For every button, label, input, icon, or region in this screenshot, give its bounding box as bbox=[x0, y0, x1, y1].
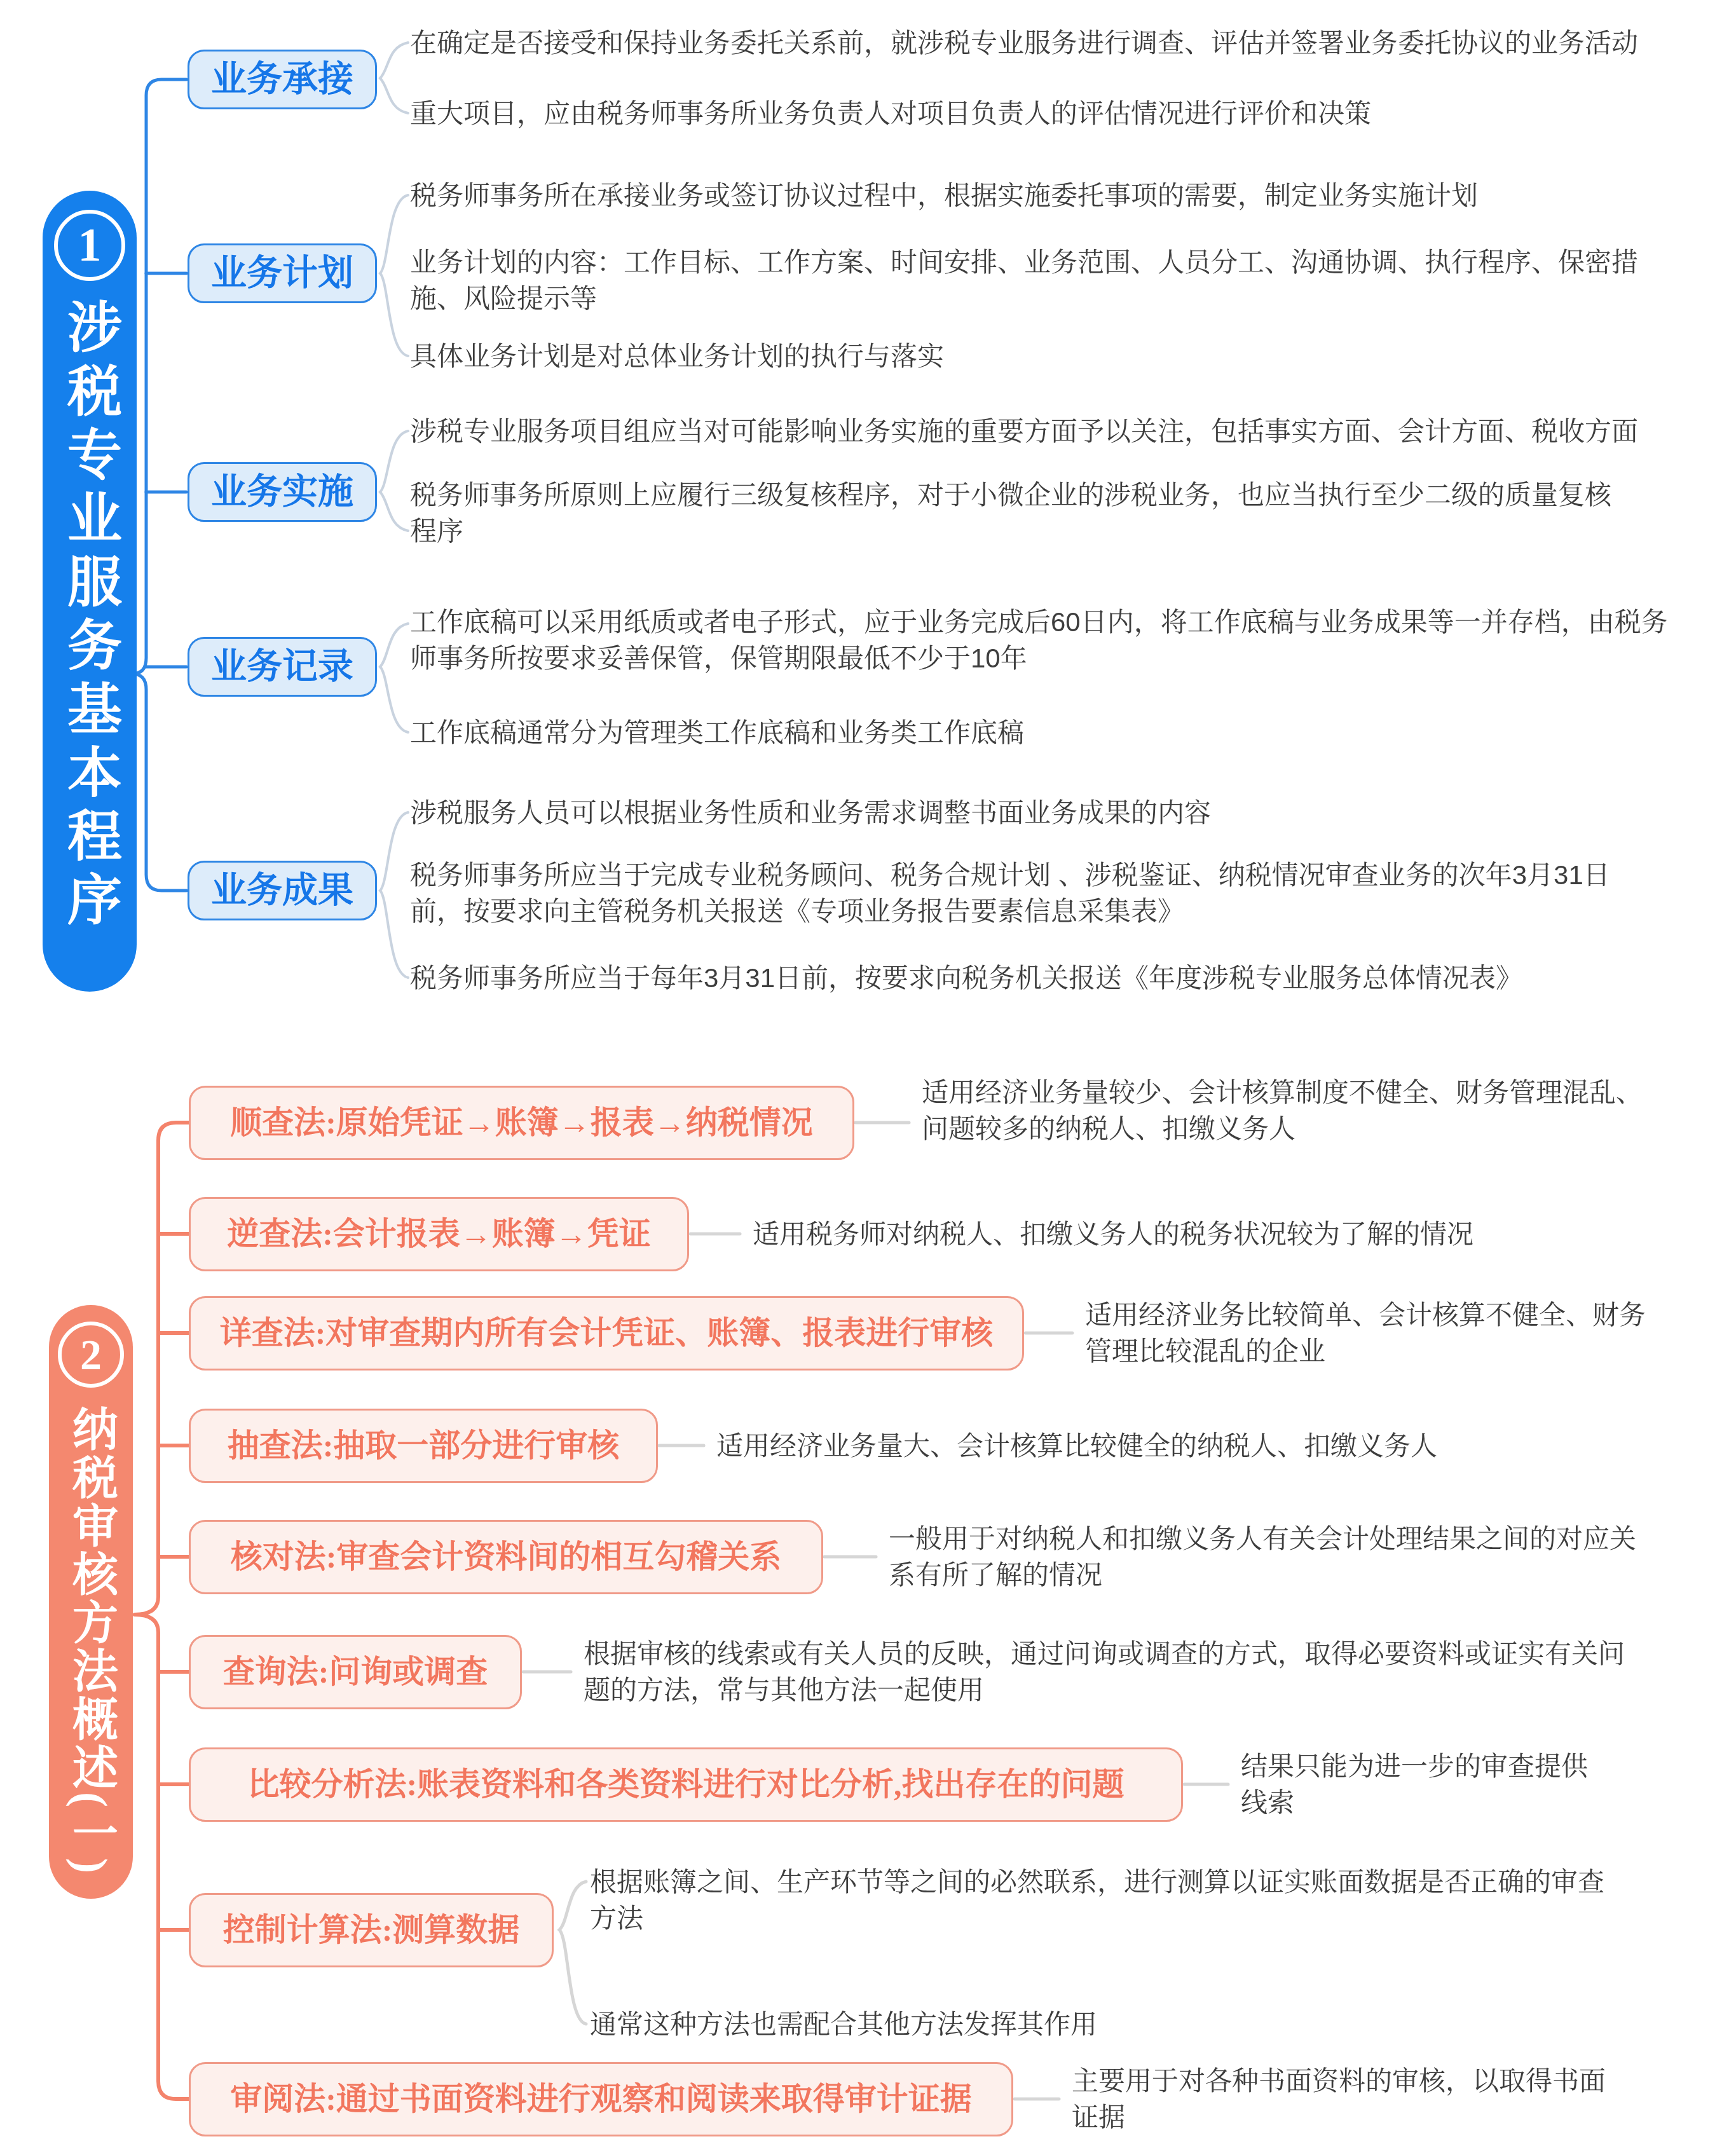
s1-branch-4-note-1: 税务师事务所应当于完成专业税务顾问、税务合规计划 、涉税鉴证、纳税情况审查业务的… bbox=[410, 857, 1637, 929]
s2-row-4-node[interactable]: 核对法:审查会计资料间的相互勾稽关系 bbox=[189, 1520, 823, 1594]
s1-branch-0-note-1: 重大项目，应由税务师事务所业务负责人对项目负责人的评估情况进行评价和决策 bbox=[410, 95, 1656, 132]
s2-row-6-node[interactable]: 比较分析法:账表资料和各类资料进行对比分析,找出存在的问题 bbox=[189, 1747, 1183, 1822]
mindmap-canvas: 1 涉税专业服务基本程序 业务承接 业务计划 业务实施 业务记录 业务成果 在确… bbox=[0, 0, 1736, 2153]
s2-row-3-node[interactable]: 抽查法:抽取一部分进行审核 bbox=[189, 1409, 658, 1483]
s2-row-8-node[interactable]: 审阅法:通过书面资料进行观察和阅读来取得审计证据 bbox=[189, 2062, 1013, 2136]
s1-branch-1-note-2: 具体业务计划是对总体业务计划的执行与落实 bbox=[410, 338, 1656, 374]
s2-row-8-note-0: 主要用于对各种书面资料的审核，以取得书面证据 bbox=[1072, 2063, 1618, 2135]
topic-1-number: 1 bbox=[78, 219, 102, 273]
s2-row-4-note-0: 一般用于对纳税人和扣缴义务人有关会计处理结果之间的对应关系有所了解的情况 bbox=[889, 1521, 1645, 1593]
s2-row-5-note-0: 根据审核的线索或有关人员的反映，通过问询或调查的方式，取得必要资料或证实有关问题… bbox=[584, 1636, 1639, 1708]
s1-branch-2-note-1: 税务师事务所原则上应履行三级复核程序，对于小微企业的涉税业务，也应当执行至少二级… bbox=[410, 477, 1618, 549]
s1-branch-1-note-1: 业务计划的内容：工作目标、工作方案、时间安排、业务范围、人员分工、沟通协调、执行… bbox=[410, 244, 1650, 317]
topic-1-number-badge: 1 bbox=[54, 210, 125, 281]
topic-1-title: 涉税专业服务基本程序 bbox=[62, 299, 117, 934]
s1-branch-3-note-1: 工作底稿通常分为管理类工作底稿和业务类工作底稿 bbox=[410, 714, 1656, 751]
s1-branch-2-node[interactable]: 业务实施 bbox=[188, 462, 377, 522]
s2-row-3-note-0: 适用经济业务量大、会计核算比较健全的纳税人、扣缴义务人 bbox=[716, 1428, 1606, 1464]
s1-branch-3-note-0: 工作底稿可以采用纸质或者电子形式，应于业务完成后60日内，将工作底稿与业务成果等… bbox=[410, 604, 1675, 676]
s2-row-7-node[interactable]: 控制计算法:测算数据 bbox=[189, 1893, 554, 1967]
s2-row-2-note-0: 适用经济业务比较简单、会计核算不健全、财务管理比较混乱的企业 bbox=[1085, 1297, 1664, 1369]
topic-2-number-badge: 2 bbox=[58, 1322, 124, 1388]
topic-1-pill[interactable]: 1 涉税专业服务基本程序 bbox=[43, 191, 137, 992]
s1-branch-3-node[interactable]: 业务记录 bbox=[188, 637, 377, 697]
s2-row-0-node[interactable]: 顺查法:原始凭证→账簿→报表→纳税情况 bbox=[189, 1086, 854, 1160]
s2-row-7-note-0: 根据账簿之间、生产环节等之间的必然联系，进行测算以证实账面数据是否正确的审查方法 bbox=[590, 1864, 1620, 1936]
s1-branch-4-note-0: 涉税服务人员可以根据业务性质和业务需求调整书面业务成果的内容 bbox=[410, 795, 1656, 831]
s1-branch-0-note-0: 在确定是否接受和保持业务委托关系前，就涉税专业服务进行调查、评估并签署业务委托协… bbox=[410, 25, 1656, 61]
s2-row-7-note-1: 通常这种方法也需配合其他方法发挥其作用 bbox=[590, 2006, 1480, 2042]
s1-branch-2-note-0: 涉税专业服务项目组应当对可能影响业务实施的重要方面予以关注，包括事实方面、会计方… bbox=[410, 413, 1656, 449]
s2-row-0-note-0: 适用经济业务量较少、会计核算制度不健全、财务管理混乱、问题较多的纳税人、扣缴义务… bbox=[922, 1074, 1659, 1147]
topic-2-number: 2 bbox=[80, 1330, 102, 1380]
s2-row-2-node[interactable]: 详查法:对审查期内所有会计凭证、账簿、报表进行审核 bbox=[189, 1296, 1024, 1370]
s1-branch-4-node[interactable]: 业务成果 bbox=[188, 861, 377, 920]
s1-branch-0-node[interactable]: 业务承接 bbox=[188, 50, 377, 109]
s2-row-1-note-0: 适用税务师对纳税人、扣缴义务人的税务状况较为了解的情况 bbox=[753, 1216, 1706, 1252]
topic-2-pill[interactable]: 2 纳税审核方法概述(一) bbox=[49, 1305, 133, 1899]
s2-row-1-node[interactable]: 逆查法:会计报表→账簿→凭证 bbox=[189, 1197, 689, 1271]
s2-row-5-node[interactable]: 查询法:问询或调查 bbox=[189, 1635, 522, 1709]
s1-branch-4-note-2: 税务师事务所应当于每年3月31日前，按要求向税务机关报送《年度涉税专业服务总体情… bbox=[410, 960, 1656, 996]
s1-branch-1-note-0: 税务师事务所在承接业务或签订协议过程中，根据实施委托事项的需要，制定业务实施计划 bbox=[410, 177, 1656, 214]
s1-branch-1-node[interactable]: 业务计划 bbox=[188, 243, 377, 303]
topic-2-title: 纳税审核方法概述(一) bbox=[68, 1405, 114, 1876]
s2-row-6-note-0: 结果只能为进一步的审查提供线索 bbox=[1241, 1748, 1603, 1821]
